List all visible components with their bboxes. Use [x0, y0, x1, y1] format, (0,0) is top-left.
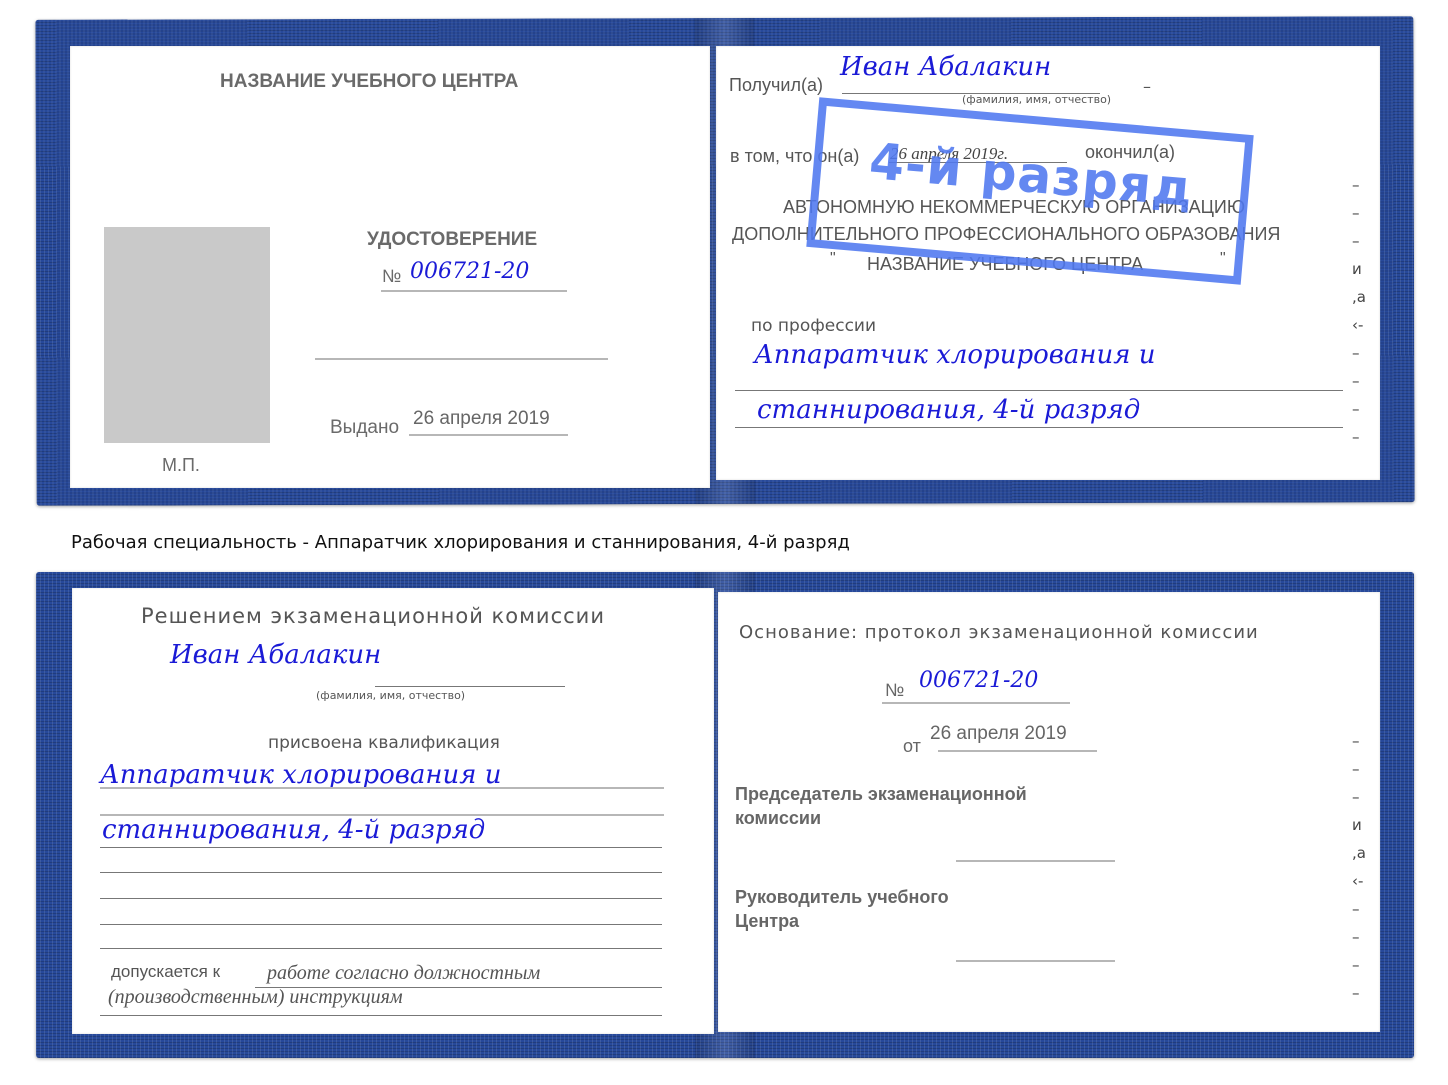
qualification-line-2: станнирования, 4-й разряд [102, 815, 485, 845]
profession-line-2: станнирования, 4-й разряд [757, 395, 1140, 425]
issued-label: Выдано [330, 417, 399, 439]
profession-underline-1 [735, 390, 1343, 391]
protocol-number-label: № [885, 680, 904, 701]
edge-mark: и [1352, 260, 1362, 278]
edge-mark: – [1352, 400, 1360, 418]
blank-line-2 [100, 872, 662, 873]
edge-mark: ,а [1352, 288, 1366, 306]
document-title: УДОСТОВЕРЕНИЕ [367, 229, 537, 251]
chairman-signature-line [956, 860, 1115, 862]
blank-line-3 [100, 898, 662, 899]
issued-date-underline [409, 434, 568, 436]
edge-mark: – [1352, 984, 1360, 1002]
qualification-line-1: Аппаратчик хлорирования и [100, 760, 501, 790]
photo-placeholder [104, 227, 270, 443]
number-underline [381, 290, 567, 292]
edge-mark: и [1352, 816, 1362, 834]
qualification-underline-1 [100, 787, 664, 789]
edge-mark: – [1352, 900, 1360, 918]
edge-mark: ‹- [1352, 872, 1363, 890]
training-center-title: НАЗВАНИЕ УЧЕБНОГО ЦЕНТРА [220, 71, 518, 93]
specialty-caption: Рабочая специальность - Аппаратчик хлори… [71, 532, 850, 553]
edge-mark: – [1352, 760, 1360, 778]
certificate-number: 006721-20 [410, 259, 529, 284]
edge-mark: – [1352, 232, 1360, 250]
profession-line-1: Аппаратчик хлорирования и [754, 340, 1155, 370]
edge-mark: ‹- [1352, 316, 1363, 334]
protocol-date-underline [938, 750, 1097, 752]
edge-mark: – [1352, 788, 1360, 806]
blank-line-4 [100, 924, 662, 925]
stamp-place-label: М.П. [162, 455, 200, 476]
head-label-1: Руководитель учебного [735, 887, 949, 908]
recipient-underline-bottom [375, 686, 565, 687]
dash-mark: – [1143, 77, 1151, 96]
basis-label: Основание: протокол экзаменационной коми… [739, 622, 1259, 643]
blank-line-1 [100, 847, 662, 848]
org-quote-open: " [830, 250, 836, 268]
admitted-label: допускается к [111, 962, 220, 982]
name-hint-bottom: (фамилия, имя, отчество) [316, 689, 465, 702]
qualification-label: присвоена квалификация [268, 733, 500, 753]
admitted-underline-2 [100, 1015, 662, 1016]
protocol-number-underline [882, 702, 1070, 704]
admitted-line-2: (производственным) инструкциям [108, 986, 403, 1009]
recipient-name: Иван Абалакин [840, 52, 1051, 82]
edge-mark: – [1352, 956, 1360, 974]
received-label: Получил(а) [729, 75, 823, 96]
edge-mark: – [1352, 344, 1360, 362]
head-signature-line [956, 960, 1115, 962]
edge-mark: – [1352, 928, 1360, 946]
recipient-name-bottom: Иван Абалакин [170, 640, 381, 670]
edge-mark: – [1352, 428, 1360, 446]
edge-mark: – [1352, 176, 1360, 194]
number-label: № [382, 266, 401, 287]
issued-date: 26 апреля 2019 [413, 408, 550, 430]
profession-underline-2 [735, 427, 1343, 428]
edge-mark: – [1352, 204, 1360, 222]
name-hint: (фамилия, имя, отчество) [962, 93, 1111, 106]
edge-mark: ,а [1352, 844, 1366, 862]
head-label-2: Центра [735, 911, 799, 932]
profession-label: по профессии [751, 316, 876, 336]
grade-stamp-text: 4-й разряд [820, 128, 1243, 222]
protocol-date: 26 апреля 2019 [930, 723, 1067, 745]
chairman-label-1: Председатель экзаменационной [735, 784, 1027, 805]
protocol-number: 006721-20 [919, 668, 1038, 693]
signature-line [315, 358, 608, 360]
decision-label: Решением экзаменационной комиссии [141, 604, 605, 628]
blank-line-5 [100, 948, 662, 949]
chairman-label-2: комиссии [735, 808, 821, 829]
protocol-date-label: от [903, 736, 921, 757]
edge-mark: – [1352, 372, 1360, 390]
admitted-line-1: работе согласно должностным [267, 962, 540, 985]
edge-mark: – [1352, 732, 1360, 750]
